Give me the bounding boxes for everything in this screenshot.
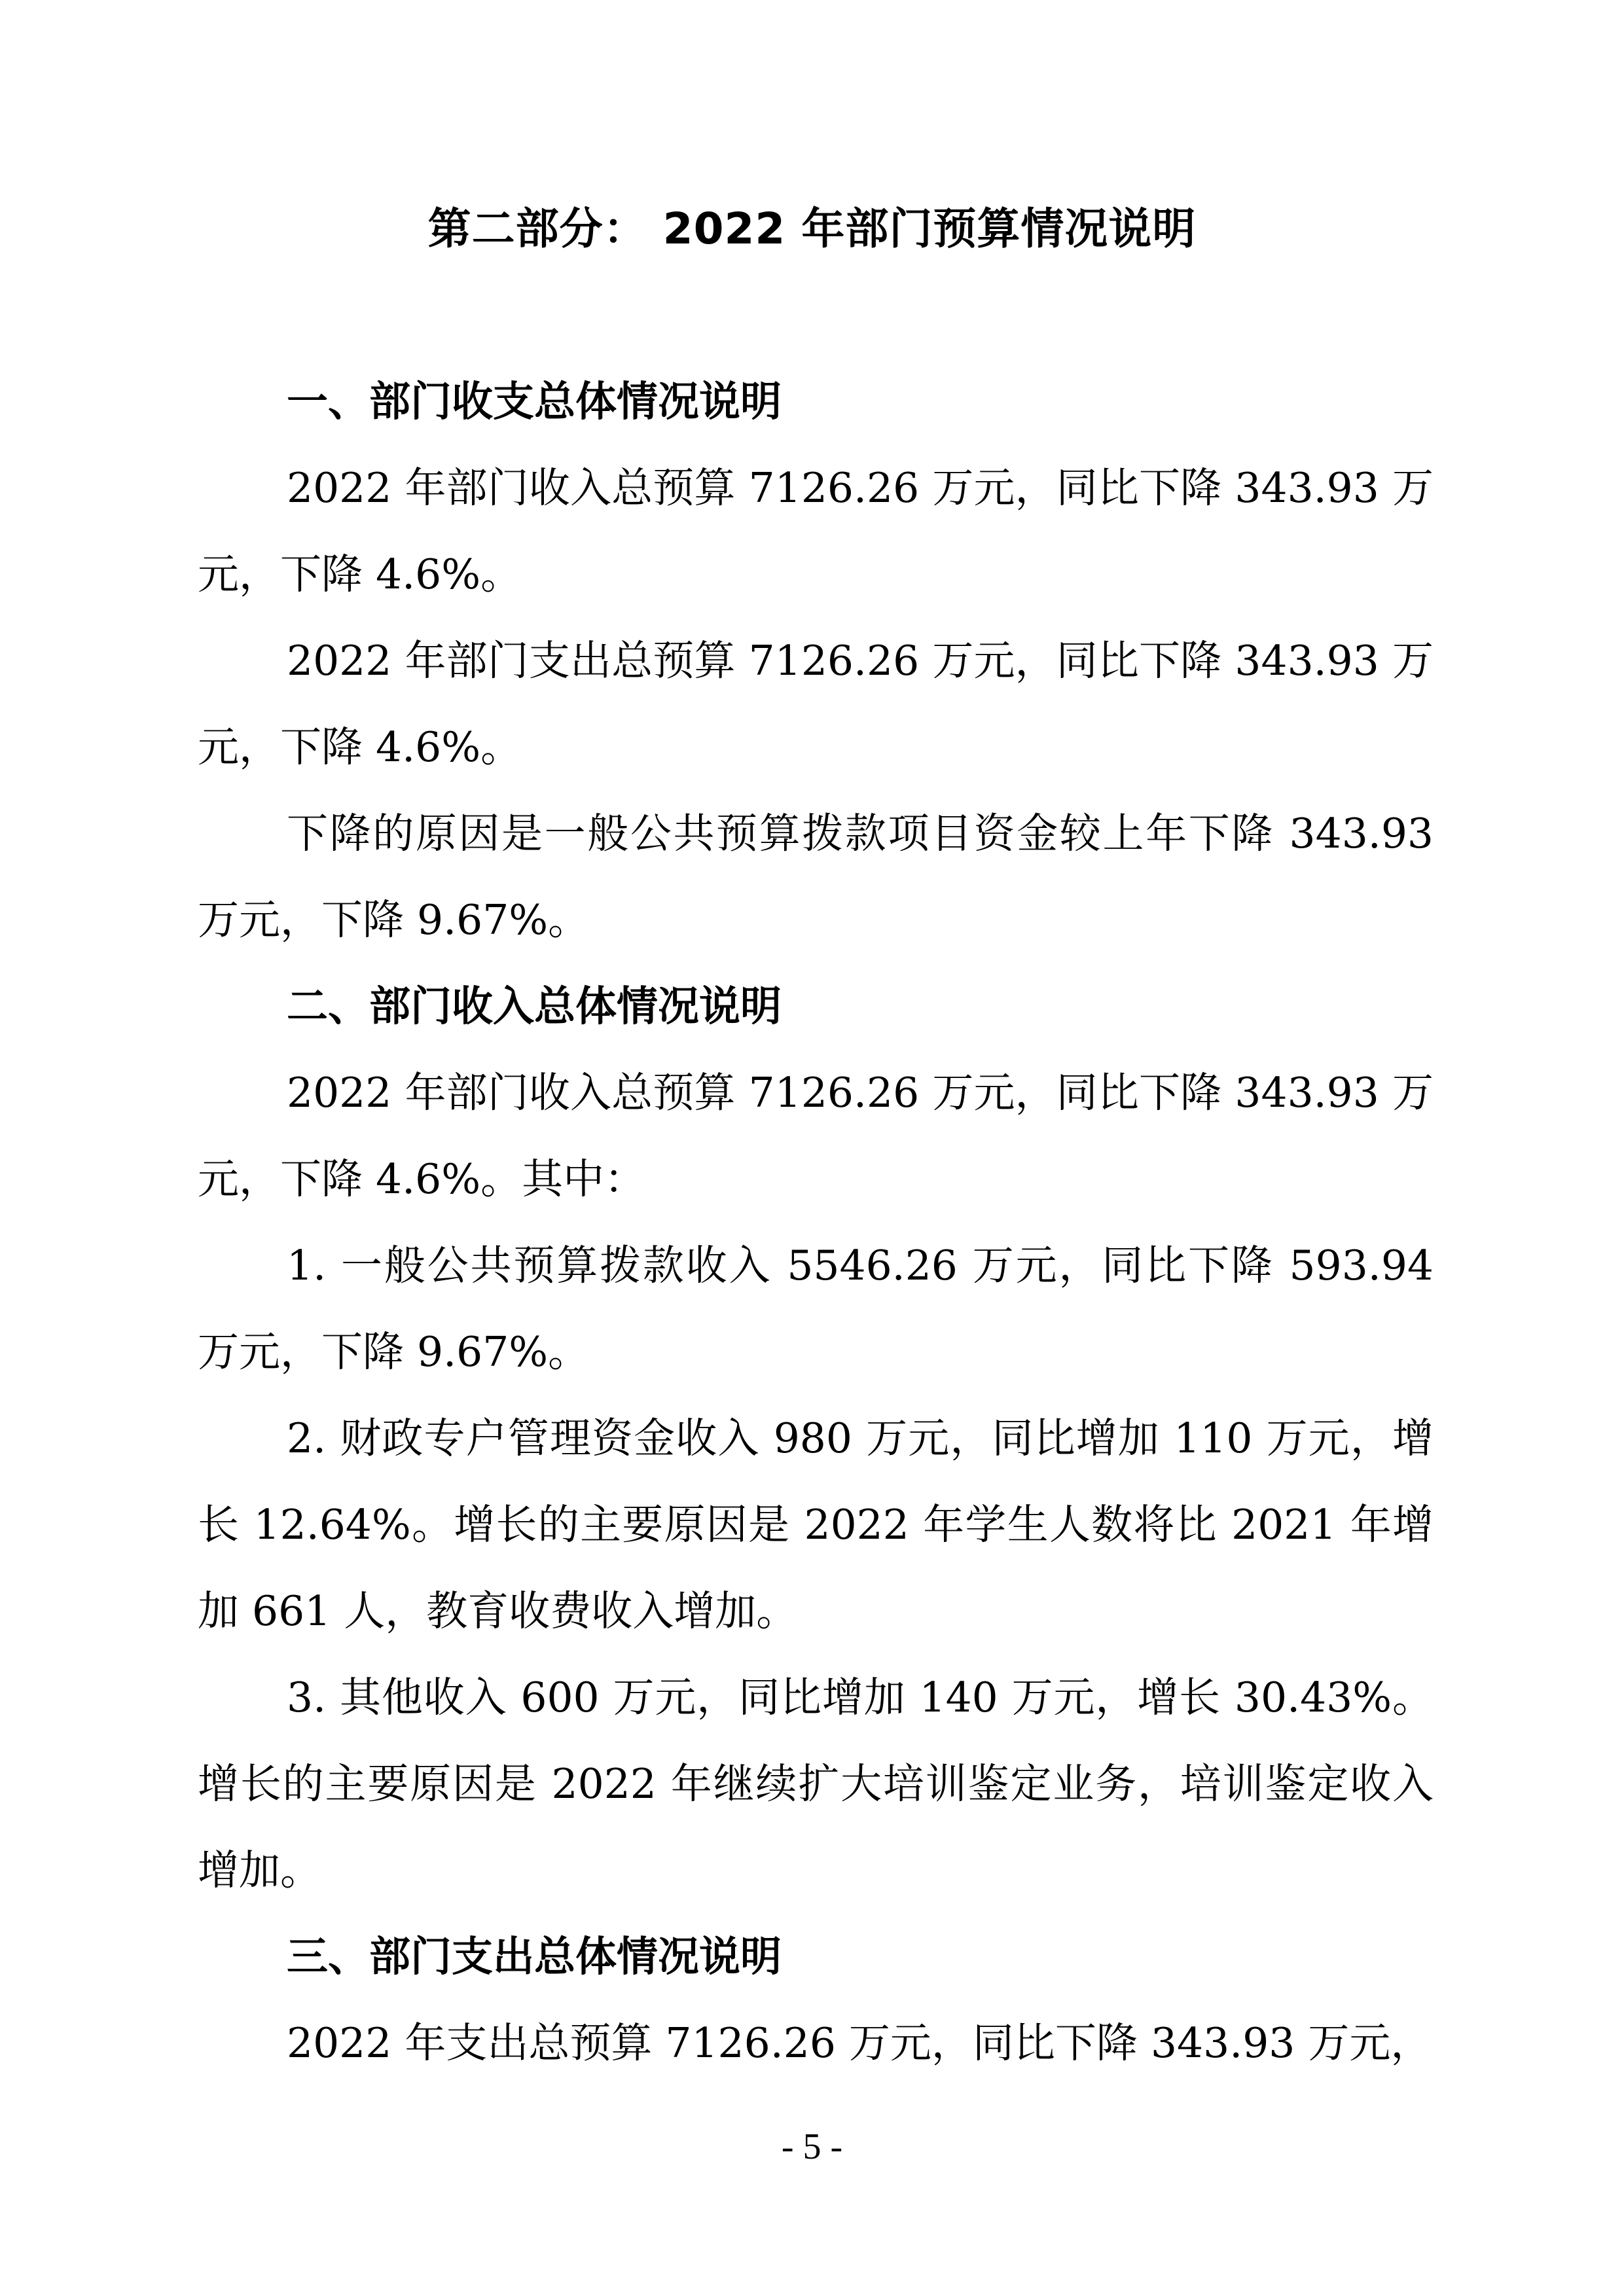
paragraph: 2022 年部门收入总预算 7126.26 万元，同比下降 343.93 万元，… (198, 1050, 1434, 1223)
paragraph: 下降的原因是一般公共预算拨款项目资金较上年下降 343.93 万元，下降 9.6… (198, 791, 1434, 963)
paragraph: 2022 年部门收入总预算 7126.26 万元，同比下降 343.93 万元，… (198, 445, 1434, 618)
section-heading: 二、部门收入总体情况说明 (198, 963, 1434, 1050)
page-number: - 5 - (0, 2124, 1624, 2170)
paragraph: 2. 财政专户管理资金收入 980 万元，同比增加 110 万元，增长 12.6… (198, 1395, 1434, 1655)
section-overall-income-expenditure: 一、部门收支总体情况说明 2022 年部门收入总预算 7126.26 万元，同比… (198, 359, 1434, 963)
section-income-overview: 二、部门收入总体情况说明 2022 年部门收入总预算 7126.26 万元，同比… (198, 963, 1434, 1914)
paragraph: 2022 年支出总预算 7126.26 万元，同比下降 343.93 万元， (198, 2000, 1434, 2087)
section-expenditure-overview: 三、部门支出总体情况说明 2022 年支出总预算 7126.26 万元，同比下降… (198, 1914, 1434, 2087)
page-title: 第二部分： 2022 年部门预算情况说明 (0, 196, 1624, 262)
section-heading: 三、部门支出总体情况说明 (198, 1914, 1434, 2000)
paragraph: 3. 其他收入 600 万元，同比增加 140 万元，增长 30.43%。增长的… (198, 1655, 1434, 1914)
paragraph: 1. 一般公共预算拨款收入 5546.26 万元，同比下降 593.94 万元，… (198, 1223, 1434, 1395)
document-body: 一、部门收支总体情况说明 2022 年部门收入总预算 7126.26 万元，同比… (198, 359, 1434, 2087)
section-heading: 一、部门收支总体情况说明 (198, 359, 1434, 445)
paragraph: 2022 年部门支出总预算 7126.26 万元，同比下降 343.93 万元，… (198, 618, 1434, 791)
